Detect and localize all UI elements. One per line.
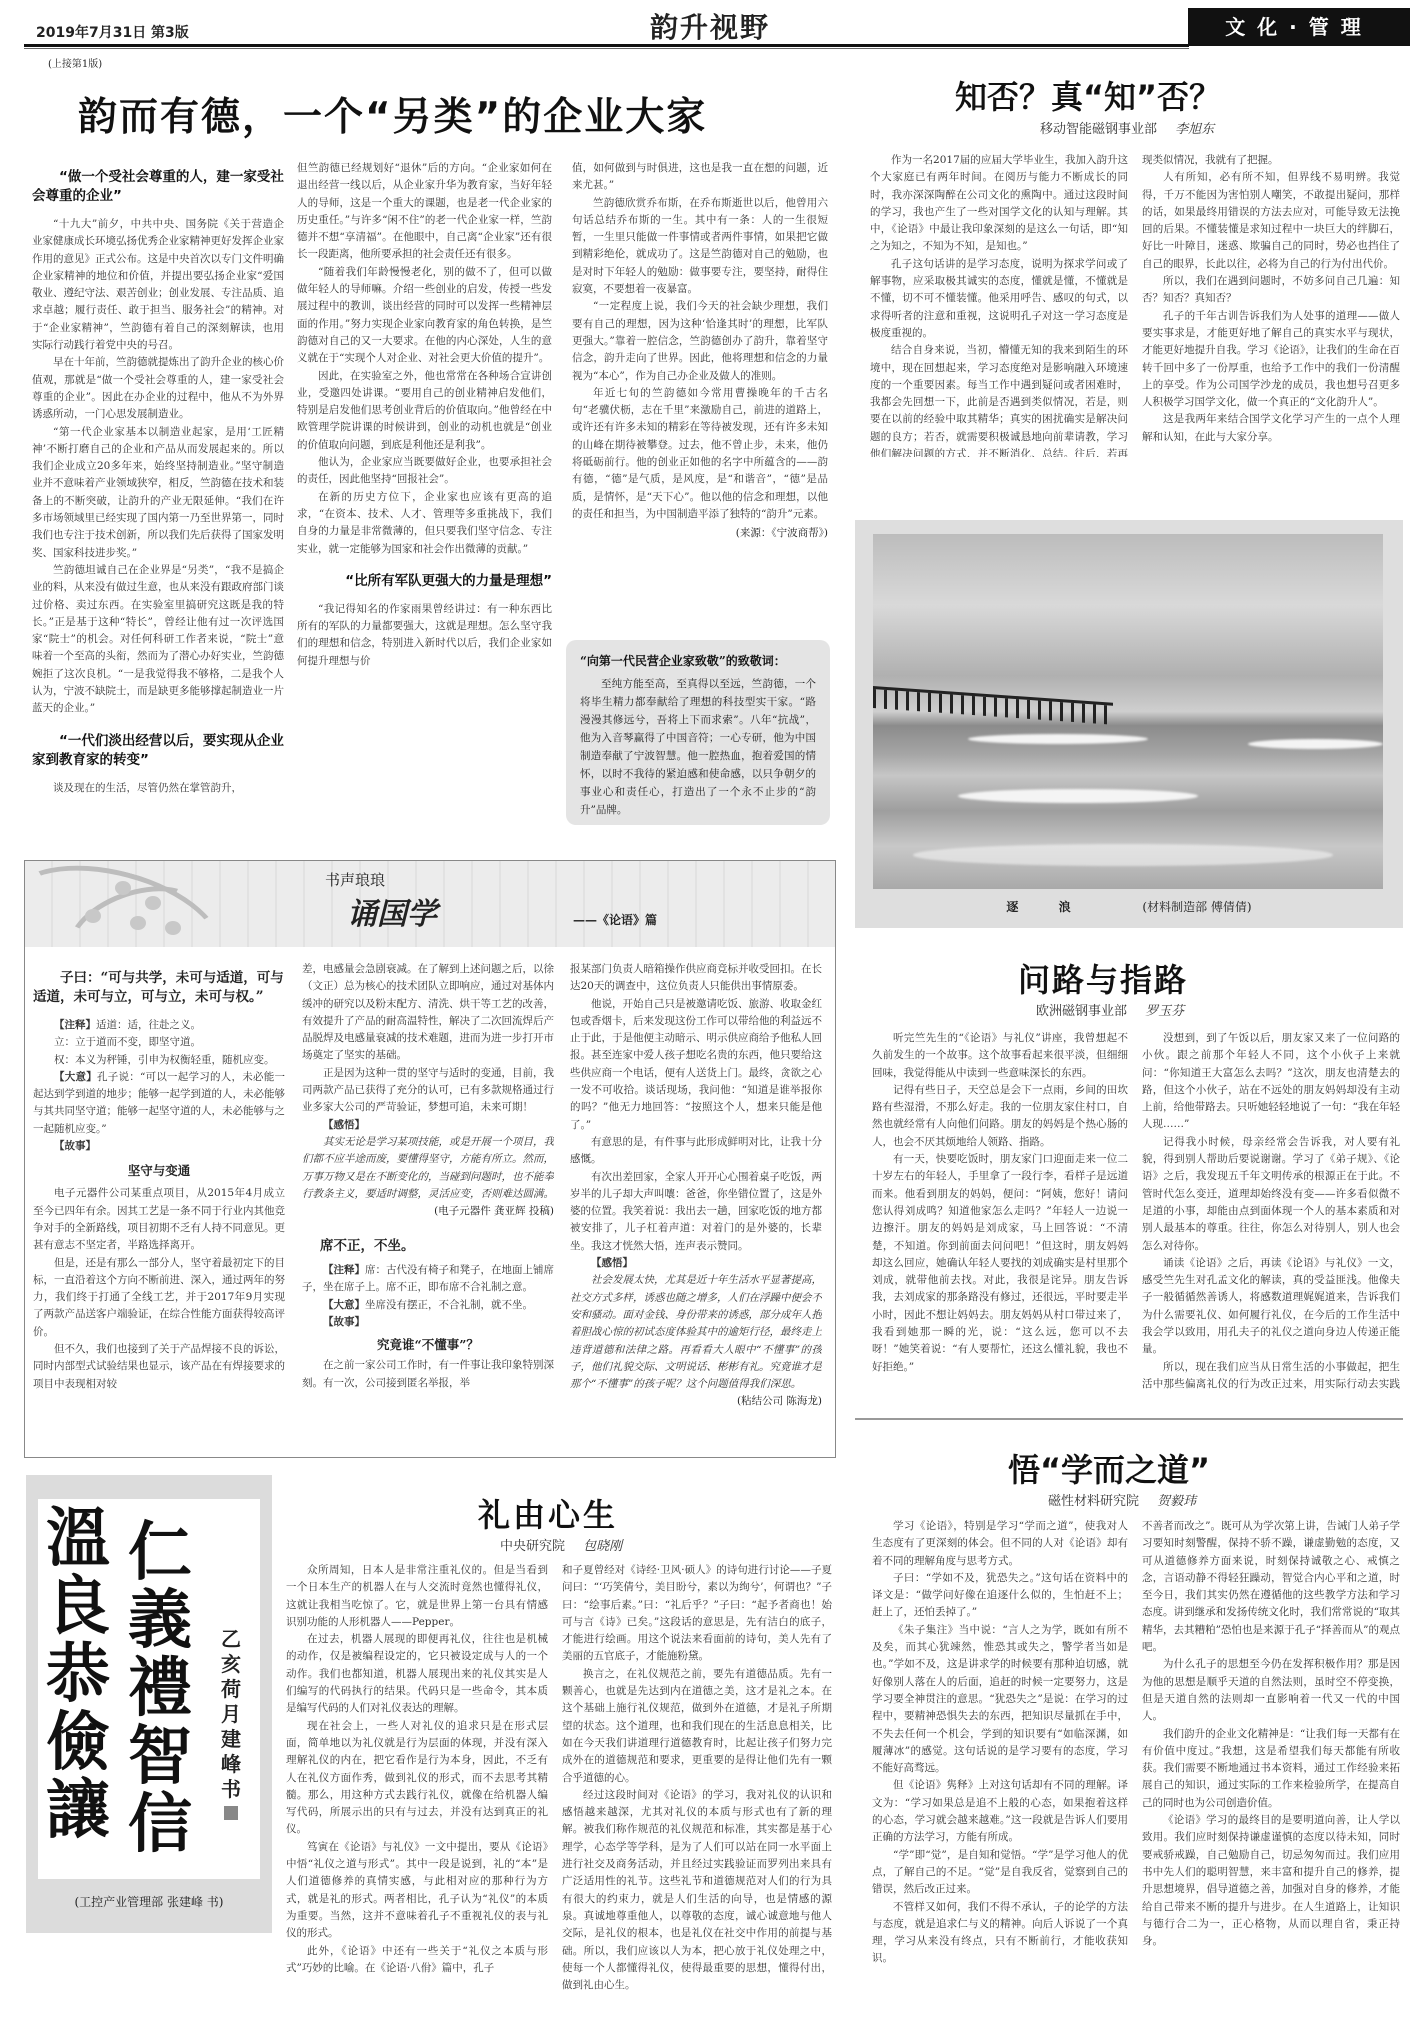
banner-small-title: 书声琅琅 <box>325 869 385 890</box>
paragraph: 诵读《论语》之后，再读《论语》与礼仪》一文，感受竺先生对孔孟文化的解读，真的受益… <box>1142 1255 1400 1359</box>
calligraphy-char: 智 <box>128 1725 198 1789</box>
paragraph: 这是我两年来结合国学文化学习产生的一点个人理解和认知，在此与大家分享。 <box>1142 411 1400 446</box>
guoxue-col3: 报某部门负责人暗箱操作供应商竞标并收受回扣。在长达20天的调查中，这位负责人只能… <box>570 961 822 1451</box>
article1-col3: 值，如何做到与时俱进，这也是我一直在想的问题，近来尤甚。” 竺韵德欣赏乔布斯，在… <box>572 160 828 630</box>
continued-note: (上接第1版) <box>48 55 102 70</box>
calligraphy-char: 恭 <box>46 1643 116 1707</box>
paragraph: 作为一名2017届的应届大学毕业生，我加入韵升这个大家庭已有两年时间。在阅历与能… <box>870 152 1128 256</box>
article4-byline: 中央研究院 包晓刚 <box>500 1535 622 1554</box>
paragraph: 在新的历史方位下，企业家也应该有更高的追求，“在资本、技术、人才、管理等多重挑战… <box>297 489 552 558</box>
banner-subtitle: ——《论语》篇 <box>573 911 657 928</box>
photo-credit: (材料制造部 傅倩倩) <box>1142 900 1251 914</box>
seal-stamp-icon <box>224 1806 238 1820</box>
article3-col2: 没想到，到了午饭以后，朋友家又来了一位问路的小伙。跟之前那个年轻人不同，这个小伙… <box>1142 1030 1400 1390</box>
feel-text: 社会发展太快，尤其是近十年生活水平显著提高，社交方式多样，诱惑也随之增多，人们在… <box>570 1272 822 1393</box>
guoxue-col1: 子曰：“可与共学，未可与适道，可与适道，未可与立，可与立，未可与权。” 【注释】… <box>33 961 285 1451</box>
paragraph: 他说，开始自己只是被邀请吃饭、旅游、收取金红包或香烟卡，后来发现这份工作可以带给… <box>570 996 822 1134</box>
signature-char: 建 <box>218 1727 244 1752</box>
article1-source: (来源：《宁波商帮》) <box>572 525 828 540</box>
paragraph: 有意思的是，有件事与此形成鲜明对比，让我十分感慨。 <box>570 1134 822 1169</box>
paragraph: 在之前一家公司工作时，有一件事让我印象特别深刻。有一次，公司接到匿名举报，举 <box>302 1357 554 1392</box>
article5-byline: 磁性材料研究院 贺毅玮 <box>1048 1490 1196 1509</box>
guoxue-box: 书声琅琅 诵国学 ——《论语》篇 子曰：“可与共学，未可与适道，可与适道，未可与… <box>24 860 836 1458</box>
paragraph: 但《论语》隽释》上对这句话却有不同的理解。译文为：“学习如果总是追不上般的心态，… <box>872 1777 1128 1846</box>
seascape-photo <box>873 534 1383 889</box>
guoxue-col2: 差，电感量会急剧衰减。在了解到上述问题之后，以徐（文正）总为核心的技术团队立即响… <box>302 961 554 1451</box>
paragraph: 《朱子集注》当中说：“言人之为学，既如有所不及矣，而其心犹竦然，惟恐其或失之，警… <box>872 1622 1128 1778</box>
article1-subhead-1: “做一个受社会尊重的人，建一家受社会尊重的企业” <box>32 168 284 206</box>
paragraph: 孔子的千年古训告诉我们为人处事的道理——做人要实事求是，才能更好地了解自己的真实… <box>1142 308 1400 412</box>
paragraph: 谈及现在的生活，尽管仍然在掌管韵升， <box>32 780 284 797</box>
paragraph: “第一代企业家基本以制造业起家，是用‘工匠精神’不断打磨自己的企业和产品从而发展… <box>32 424 284 562</box>
paragraph: 不管样又如何，我们不得不承认，子的论学的方法与态度，就是追求仁与义的精神。向后人… <box>872 1899 1128 1968</box>
calligraphy-char: 良 <box>46 1575 116 1639</box>
paragraph: 有次出差回家，全家人开开心心围着桌子吃饭，两岁半的儿子却大声叫嚷：爸爸，你坐错位… <box>570 1169 822 1255</box>
paragraph: 孔子这句话讲的是学习态度，说明为探求学问或了解事物，应采取极其诚实的态度，懂就是… <box>870 256 1128 342</box>
article3-col1: 听完竺先生的“《论语》与礼仪”讲座，我曾想起不久前发生的一个故事。这个故事看起来… <box>872 1030 1128 1390</box>
story2-title: 究竟谁“不懂事”？ <box>302 1335 554 1353</box>
paragraph: 值，如何做到与时俱进，这也是我一直在想的问题，近来尤甚。” <box>572 160 828 195</box>
article2-title: 知否？真“知”否？ <box>955 72 1221 118</box>
byline-dept: 移动智能磁钢事业部 <box>1040 122 1157 137</box>
article4-col2: 和子夏曾经对《诗经·卫风·硕人》的诗句进行讨论——子夏问曰：“‘巧笑倩兮，美目盼… <box>562 1562 832 2032</box>
paragraph: 记得我小时候，母亲经常会告诉我，对人要有礼貌，得到别人帮助后要说谢谢。学习了《弟… <box>1142 1134 1400 1255</box>
calligraphy-char: 儉 <box>46 1711 116 1775</box>
article3-byline: 欧洲磁钢事业部 罗玉芬 <box>1036 1000 1184 1019</box>
byline-author: 贺毅玮 <box>1157 1494 1196 1509</box>
article5-col2: 不善者而改之”。既可从为学次第上讲，告诫门人弟子学习要知时刻警醒，保持不骄不躁，… <box>1142 1518 1400 2033</box>
feel-tag: 【感悟】 <box>323 1119 365 1131</box>
paragraph: 学习《论语》，特别是学习“学而之道”，使我对人生态度有了更深刻的体会。但不同的人… <box>872 1518 1128 1570</box>
note-tag: 【大意】 <box>323 1299 365 1311</box>
paragraph: 我们韵升的企业文化精神是：“让我们每一天都有在有价值中度过。”我想，这是希望我们… <box>1142 1726 1400 1812</box>
calligraphy-char: 信 <box>128 1793 198 1857</box>
article1-col2: 但竺韵德已经规划好“退休”后的方向。“企业家如何在退出经营一线以后，从企业家升华… <box>297 160 552 820</box>
note-text: 坐席没有摆正，不合礼制，就不坐。 <box>365 1299 533 1311</box>
paragraph: 现类似情况，我就有了把握。 <box>1142 152 1400 169</box>
paragraph: 《论语》学习的最终目的是要明道向善，让人学以致用。我们应时刻保持谦虚谨慎的态度以… <box>1142 1812 1400 1950</box>
signature-char: 书 <box>218 1777 244 1802</box>
calligraphy-char: 義 <box>128 1589 198 1653</box>
paragraph: 正是因为这种一贯的坚守与适时的变通，目前，我司两款产品已获得了充分的认可，已有多… <box>302 1065 554 1117</box>
calligraphy-caption: (工控产业管理部 张建峰 书) <box>26 1893 272 1910</box>
paragraph: 现在社会上，一些人对礼仪的追求只是在形式层面，简单地以为礼仪就是行为层面的体现，… <box>286 1718 548 1839</box>
article1-subhead-2: “一代们淡出经营以后，要实现从企业家到教育家的转变” <box>32 732 284 770</box>
signature-char: 乙 <box>218 1627 244 1652</box>
signature-char: 荷 <box>218 1677 244 1702</box>
guoxue-banner: 书声琅琅 诵国学 ——《论语》篇 <box>25 861 835 947</box>
tribute-box: “向第一代民营企业家致敬”的致敬词： 至纯方能至高，至真得以至远，竺韵德，一个将… <box>566 640 830 825</box>
photo-frame: 逐 浪 (材料制造部 傅倩倩) <box>855 520 1403 928</box>
note-text: 适道：适，往赴之义。 <box>96 1019 201 1031</box>
paragraph: 但不久，我们也接到了关于产品焊接不良的诉讼，同时内部型式试验结果也显示，该产品在… <box>33 1341 285 1393</box>
paragraph: 笃寅在《论语》与礼仪》一文中提出，要从《论语》中悟“礼仪之道与形式”。其中一段是… <box>286 1839 548 1943</box>
issue-date-page: 2019年7月31日 第3版 <box>36 22 189 42</box>
story1-credit: (电子元器件 龚亚辉 投稿) <box>302 1203 554 1218</box>
paragraph: 竺韵德坦诚自己在企业界是“另类”，“我不是搞企业的料，从来没有做过生意，也从来没… <box>32 562 284 718</box>
paragraph: 他认为，企业家应当既要做好企业，也要承担社会的责任，因此他坚持“回报社会”。 <box>297 454 552 489</box>
article2-col1: 作为一名2017届的应届大学毕业生，我加入韵升这个大家庭已有两年时间。在阅历与能… <box>870 152 1128 457</box>
note-tag: 【故事】 <box>54 1140 96 1152</box>
photo-title: 逐 浪 <box>1006 900 1088 914</box>
byline-author: 罗玉芬 <box>1145 1004 1184 1019</box>
paragraph: 差，电感量会急剧衰减。在了解到上述问题之后，以徐（文正）总为核心的技术团队立即响… <box>302 961 554 1065</box>
article4-col1: 众所周知，日本人是非常注重礼仪的。但是当看到一个日本生产的机器人在与人交流时竟然… <box>286 1562 548 2032</box>
paragraph: “学”即“觉”，是自知和觉悟。“学”是学习他人的优点，了解自己的不足。“觉”是自… <box>872 1847 1128 1899</box>
note-tag: 【大意】 <box>54 1071 97 1083</box>
story1-title: 坚守与变通 <box>33 1161 285 1179</box>
paragraph: 有一天，快要吃饭时，朋友家门口迎面走来一位二十岁左右的年轻人，手里拿了一段行李，… <box>872 1151 1128 1376</box>
paragraph: 为什么孔子的思想至今仍在发挥积极作用？那是因为他的思想是顺乎天道的自然法则，虽时… <box>1142 1656 1400 1725</box>
section-label: 文化·管理 <box>1188 8 1410 46</box>
paragraph: 竺韵德欣赏乔布斯，在乔布斯逝世以后，他曾用六句话总结乔布斯的一生。其中有一条：人… <box>572 195 828 299</box>
signature-char: 亥 <box>218 1652 244 1677</box>
byline-author: 包晓刚 <box>583 1539 622 1554</box>
note-text: 立：立于道而不变，即坚守道。 <box>54 1036 201 1048</box>
paragraph: 没想到，到了午饭以后，朋友家又来了一位问路的小伙。跟之前那个年轻人不同，这个小伙… <box>1142 1030 1400 1134</box>
paragraph: 此外，《论语》中还有一些关于“礼仪之本质与形式”巧妙的比喻。在《论语·八佾》篇中… <box>286 1943 548 1978</box>
paragraph: “随着我们年龄慢慢老化，别的做不了，但可以做做年轻人的导师嘛。介绍一些创业的启发… <box>297 264 552 368</box>
paragraph: 记得有些日子，天空总是会下一点雨，乡间的田坎路有些湿滑，不那么好走。我的一位朋友… <box>872 1082 1128 1151</box>
calligraphy-col-right: 仁 義 禮 智 信 <box>128 1521 198 1857</box>
tribute-body: 至纯方能至高，至真得以至远，竺韵德，一个将毕生精力都奉献给了理想的科技型实干家。… <box>580 675 816 819</box>
calligraphy-frame: 仁 義 禮 智 信 溫 良 恭 儉 讓 乙 亥 荷 月 建 峰 书 (工控产业管… <box>26 1475 272 1933</box>
paragraph: 经过这段时间对《论语》的学习，我对礼仪的认识和感悟越来越深，尤其对礼仪的本质与形… <box>562 1787 832 1995</box>
photo-caption: 逐 浪 (材料制造部 傅倩倩) <box>855 898 1403 915</box>
article3-title: 问路与指路 <box>1018 955 1188 1001</box>
paragraph: “一定程度上说，我们今天的社会缺少理想，我们要有自己的理想，因为这种‘恰逢其时’… <box>572 298 828 384</box>
paper-name: 韵升视野 <box>600 6 820 46</box>
section-divider <box>855 1418 1403 1420</box>
note-tag: 【故事】 <box>323 1316 365 1328</box>
paragraph: 在过去，机器人展现的即便再礼仪，往往也是机械的动作，仅是被编程设定的，它只被设定… <box>286 1631 548 1717</box>
byline-author: 李旭东 <box>1175 122 1214 137</box>
banner-big-title: 诵国学 <box>347 889 437 933</box>
paragraph: 众所周知，日本人是非常注重礼仪的。但是当看到一个日本生产的机器人在与人交流时竟然… <box>286 1562 548 1631</box>
paragraph: 所以，现在我们应当从日常生活的小事做起，把生活中那些偏离礼仪的行为改正过来，用实… <box>1142 1359 1400 1390</box>
paragraph: 和子夏曾经对《诗经·卫风·硕人》的诗句进行讨论——子夏问曰：“‘巧笑倩兮，美目盼… <box>562 1562 832 1666</box>
byline-dept: 磁性材料研究院 <box>1048 1494 1139 1509</box>
article4-title: 礼由心生 <box>478 1490 618 1536</box>
calligraphy-char: 讓 <box>46 1779 116 1843</box>
paragraph: 年近七旬的竺韵德如今常用曹操晚年的千古名句“老骥伏枥，志在千里”来激励自己，前进… <box>572 385 828 523</box>
article1-title: 韵而有德，一个“另类”的企业大家 <box>78 86 707 142</box>
signature-char: 峰 <box>218 1752 244 1777</box>
analects-quote-1: 子曰：“可与共学，未可与适道，可与适道，未可与立，可与立，未可与权。” <box>33 969 285 1007</box>
paragraph: 人有所知，必有所不知，但界线不易明辨。我觉得，千万不能因为害怕别人嘲笑，不敢提出… <box>1142 169 1400 273</box>
article2-col2: 现类似情况，我就有了把握。 人有所知，必有所不知，但界线不易明辨。我觉得，千万不… <box>1142 152 1400 457</box>
byline-dept: 欧洲磁钢事业部 <box>1036 1004 1127 1019</box>
masthead-rule-thin <box>24 48 1189 49</box>
calligraphy-paper: 仁 義 禮 智 信 溫 良 恭 儉 讓 乙 亥 荷 月 建 峰 书 <box>38 1499 260 1879</box>
note-tag: 【注释】 <box>54 1019 96 1031</box>
feel-text: 其实无论是学习某项技能，或是开展一个项目，我们都不应半途而废，要懂得坚守，方能有… <box>302 1134 554 1203</box>
paragraph: 早在十年前，竺韵德就提炼出了韵升企业的核心价值观，那就是“做一个受社会尊重的人，… <box>32 354 284 423</box>
calligraphy-col-left: 溫 良 恭 儉 讓 <box>46 1507 116 1843</box>
paragraph: 所以，我们在遇到问题时，不妨多问自己几遍：知否？知否？真知否？ <box>1142 273 1400 308</box>
paragraph: 但竺韵德已经规划好“退休”后的方向。“企业家如何在退出经营一线以后，从企业家升华… <box>297 160 552 264</box>
feel-tag: 【感悟】 <box>591 1257 633 1269</box>
masthead-rule <box>24 44 1189 47</box>
article5-title: 悟“学而之道” <box>1008 1445 1210 1491</box>
paragraph: 不善者而改之”。既可从为学次第上讲，告诫门人弟子学习要知时刻警醒，保持不骄不躁，… <box>1142 1518 1400 1656</box>
article1-subhead-3: “比所有军队更强大的力量是理想” <box>297 572 552 591</box>
paragraph: 听完竺先生的“《论语》与礼仪”讲座，我曾想起不久前发生的一个故事。这个故事看起来… <box>872 1030 1128 1082</box>
tribute-title: “向第一代民营企业家致敬”的致敬词： <box>580 652 816 669</box>
paragraph: 结合自身来说，当初，懵懂无知的我来到陌生的环境中，现在回想起来，学习态度绝对是影… <box>870 342 1128 457</box>
paragraph: 因此，在实验室之外，他也常常在各种场合宣讲创业，受邀四处讲课。“要用自己的创业精… <box>297 368 552 454</box>
article1-col1: “做一个受社会尊重的人，建一家受社会尊重的企业” “十九大”前夕，中共中央、国务… <box>32 168 284 828</box>
analects-quote-2: 席不正，不坐。 <box>320 1234 554 1254</box>
note-tag: 【注释】 <box>323 1264 365 1276</box>
paragraph: 但是，还是有那么一部分人，坚守着最初定下的目标，一直沿着这个方向不断前进、深入，… <box>33 1255 285 1341</box>
paragraph: 子曰：“学如不及，犹恐失之。”这句话在资料中的译文是：“做学问好像在追逐什么似的… <box>872 1570 1128 1622</box>
signature-char: 月 <box>218 1702 244 1727</box>
article5-col1: 学习《论语》，特别是学习“学而之道”，使我对人生态度有了更深刻的体会。但不同的人… <box>872 1518 1128 2033</box>
byline-dept: 中央研究院 <box>500 1539 565 1554</box>
calligraphy-char: 禮 <box>128 1657 198 1721</box>
calligraphy-char: 仁 <box>128 1521 198 1585</box>
paragraph: “我记得知名的作家雨果曾经讲过：有一种东西比所有的军队的力量都要强大，这就是理想… <box>297 601 552 670</box>
calligraphy-signature: 乙 亥 荷 月 建 峰 书 <box>218 1627 244 1820</box>
paragraph: 报某部门负责人暗箱操作供应商竞标并收受回扣。在长达20天的调查中，这位负责人只能… <box>570 961 822 996</box>
paragraph: 电子元器件公司某重点项目，从2015年4月成立至今已四年有余。因其工艺是一条不同… <box>33 1185 285 1254</box>
paragraph: 换言之，在礼仪规范之前，要先有道德品质。先有一颗善心，也就是先达到内在道德之美，… <box>562 1666 832 1787</box>
paragraph: “十九大”前夕，中共中央、国务院《关于营造企业家健康成长环境弘扬优秀企业家精神更… <box>32 216 284 354</box>
calligraphy-char: 溫 <box>46 1507 116 1571</box>
note-text: 权：本义为秤锤，引申为权衡轻重，随机应变。 <box>54 1054 275 1066</box>
pier-silhouette <box>873 686 1113 725</box>
article2-byline: 移动智能磁钢事业部 李旭东 <box>1040 118 1214 137</box>
story2-credit: (粘结公司 陈海龙) <box>570 1393 822 1408</box>
